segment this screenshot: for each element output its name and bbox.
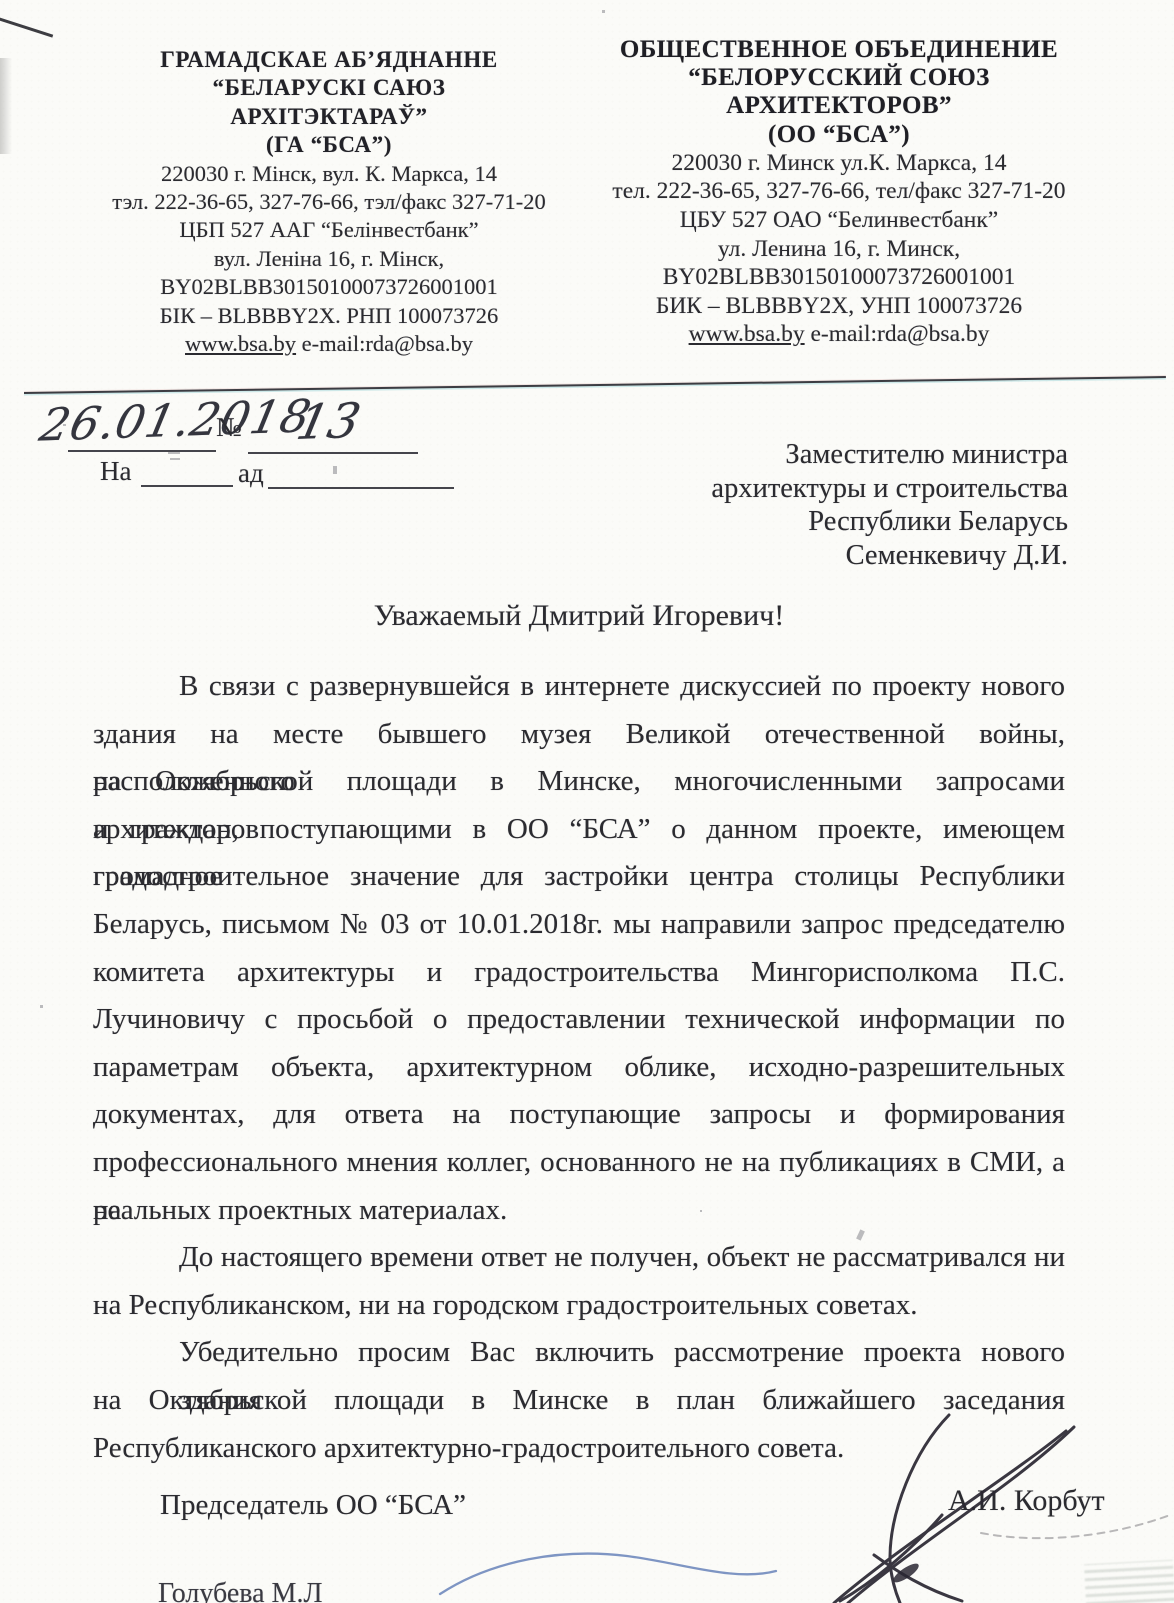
body-line: на Октябрьской площади в Минске, многочи…	[93, 758, 1065, 806]
reference-no-symbol: №	[216, 412, 242, 443]
salutation: Уважаемый Дмитрий Игоревич!	[93, 599, 1065, 633]
body-line: До настоящего времени ответ не получен, …	[93, 1234, 1065, 1282]
body-line: Лучиновичу с просьбой о предоставлении т…	[93, 996, 1065, 1044]
body-line: Беларусь, письмом № 03 от 10.01.2018г. м…	[93, 901, 1065, 949]
address-line: BY02BLBB30150100073726001001	[90, 273, 568, 301]
scan-speck	[333, 466, 337, 474]
reference-underline	[68, 450, 216, 452]
scan-speck	[170, 458, 180, 460]
scan-artifact-line	[0, 17, 53, 38]
reference-date-handwritten: 26.01.2018	[35, 389, 316, 451]
reference-underline	[141, 485, 233, 487]
address-line: вул. Леніна 16, г. Мінск,	[90, 245, 568, 273]
letter-body: В связи с развернувшейся в интернете дис…	[93, 663, 1065, 1472]
executor-name: Голубева М.Л	[158, 1578, 322, 1603]
reference-number-handwritten: 13	[292, 393, 366, 451]
body-line: здания на месте бывшего музея Великой от…	[93, 711, 1065, 759]
address-line: ЦБП 527 ААГ “Белінвестбанк”	[90, 216, 568, 244]
ad-label: ад	[238, 458, 264, 489]
org-name-line: ОБЩЕСТВЕННОЕ ОБЪЕДИНЕНИЕ	[592, 36, 1086, 64]
closing-title: Председатель ОО “БСА”	[160, 1489, 466, 1522]
address-line: 220030 г. Мінск, вул. К. Маркса, 14	[90, 160, 568, 188]
blue-ink-stroke	[432, 1538, 782, 1602]
body-line: параметрам объекта, архитектурном облике…	[93, 1044, 1065, 1092]
letterhead-left: ГРАМАДСКАЕ АБ’ЯДНАННЕ “БЕЛАРУСКІ САЮЗ АР…	[90, 46, 568, 358]
na-label: На	[100, 456, 131, 487]
address-line: тэл. 222-36-65, 327-76-66, тэл/факс 327-…	[90, 188, 568, 216]
body-line: документах, для ответа на поступающие за…	[93, 1091, 1065, 1139]
email-text: e-mail:rda@bsa.by	[296, 331, 473, 356]
address-line: ЦБУ 527 ОАО “Белинвестбанк”	[592, 206, 1086, 235]
scan-edge-smudge	[0, 58, 12, 154]
scan-speck	[700, 1210, 702, 1212]
scan-speck	[602, 10, 605, 13]
org-name-line: ГРАМАДСКАЕ АБ’ЯДНАННЕ	[90, 46, 568, 74]
horizontal-rule	[24, 376, 1166, 394]
recipient-line: Республики Беларусь	[711, 505, 1068, 539]
recipient-line: Семенкевичу Д.И.	[711, 539, 1068, 573]
org-name-line: АРХИТЕКТОРОВ”	[592, 92, 1086, 120]
address-line: 220030 г. Минск ул.К. Маркса, 14	[592, 149, 1086, 178]
reference-underline	[268, 487, 454, 489]
org-name-line: (ОО “БСА”)	[592, 121, 1086, 149]
website-text: www.bsa.by	[185, 331, 296, 356]
org-name-line: “БЕЛАРУСКІ САЮЗ	[90, 74, 568, 102]
contact-line: www.bsa.by e-mail:rda@bsa.by	[592, 320, 1086, 349]
body-line: Убедительно просим Вас включить рассмотр…	[93, 1329, 1065, 1377]
website-text: www.bsa.by	[689, 321, 805, 347]
scan-speck	[63, 424, 66, 426]
address-line: БИК – BLBBBY2X, УНП 100073726	[592, 292, 1086, 321]
address-line: BY02BLBB30150100073726001001	[592, 263, 1086, 292]
org-name-line: АРХІТЭКТАРАЎ”	[90, 103, 568, 131]
org-name-line: (ГА “БСА”)	[90, 131, 568, 159]
email-text: e-mail:rda@bsa.by	[805, 321, 990, 347]
reference-underline	[248, 452, 418, 454]
recipient-line: Заместителю министра	[711, 438, 1068, 472]
recipient-block: Заместителю министра архитектуры и строи…	[711, 438, 1068, 572]
address-line: тел. 222-36-65, 327-76-66, тел/факс 327-…	[592, 177, 1086, 206]
recipient-line: архитектуры и строительства	[711, 472, 1068, 506]
stamp-smudge	[1084, 1560, 1174, 1603]
org-name-line: “БЕЛОРУССКИЙ СОЮЗ	[592, 64, 1086, 92]
body-line: на Республиканском, ни на городском град…	[93, 1282, 1065, 1330]
body-line: градостроительное значение для застройки…	[93, 853, 1065, 901]
body-line: профессионального мнения коллег, основан…	[93, 1139, 1065, 1187]
contact-line: www.bsa.by e-mail:rda@bsa.by	[90, 330, 568, 358]
scanned-letter-page: ГРАМАДСКАЕ АБ’ЯДНАННЕ “БЕЛАРУСКІ САЮЗ АР…	[0, 0, 1174, 1603]
scan-speck	[40, 1005, 43, 1008]
body-line: комитета архитектуры и градостроительств…	[93, 949, 1065, 997]
body-line: реальных проектных материалах.	[93, 1187, 1065, 1235]
scan-speck	[168, 452, 180, 454]
letterhead-right: ОБЩЕСТВЕННОЕ ОБЪЕДИНЕНИЕ “БЕЛОРУССКИЙ СО…	[592, 36, 1086, 349]
address-line: БІК – BLBBBY2X. РНП 100073726	[90, 302, 568, 330]
address-line: ул. Ленина 16, г. Минск,	[592, 235, 1086, 264]
body-line: В связи с развернувшейся в интернете дис…	[93, 663, 1065, 711]
body-line: и граждан, поступающими в ОО “БСА” о дан…	[93, 806, 1065, 854]
